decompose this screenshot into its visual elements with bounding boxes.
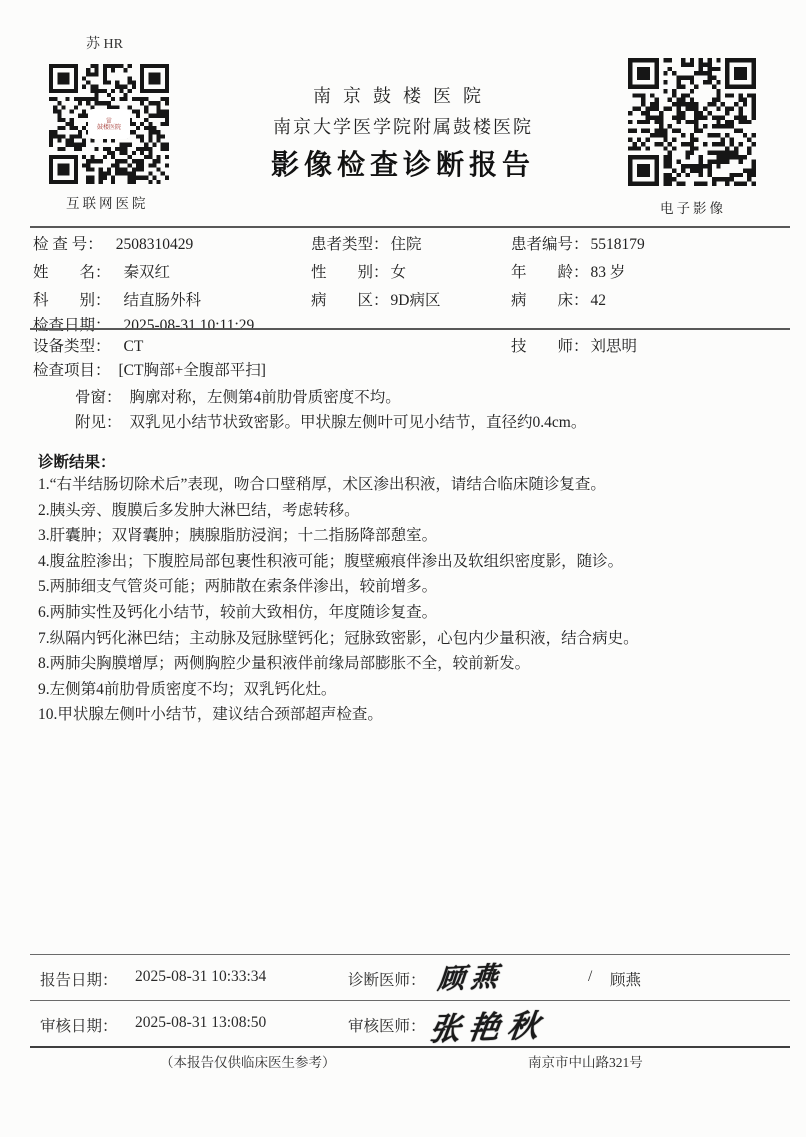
signoff-table: 报告日期： 2025-08-31 10:33:34 诊断医师： 顾燕 / 顾燕 …	[30, 954, 790, 1048]
title-block: 南京鼓楼医院 南京大学医学院附属鼓楼医院 影像检查诊断报告	[0, 82, 806, 183]
sex-label: 性 别：	[311, 264, 389, 281]
diagnosis-item: 5.两肺细支气管炎可能；两肺散在索条伴渗出，较前增多。	[38, 574, 784, 600]
bed-value: 42	[591, 292, 607, 309]
addendum-label: 附见：	[75, 414, 122, 431]
info-row-device: 设备类型：CT 技 师：刘思明	[33, 334, 793, 360]
diagnosis-item: 6.两肺实性及钙化小结节，较前大致相仿，年度随诊复查。	[38, 600, 784, 626]
review-doctor-signature: 张艳秋	[427, 1000, 550, 1049]
report-page: 苏 HR ♕ 鼓楼医院 互联网医院 电子影像 南京鼓楼医院 南京大学医学院附属鼓…	[0, 0, 806, 1137]
info-row-3: 科 别：结直肠外科 病 区：9D病区 病 床：42	[33, 288, 793, 314]
dept-value: 结直肠外科	[124, 292, 202, 309]
patient-type-label: 患者类型：	[311, 236, 389, 253]
technician-label: 技 师：	[511, 338, 589, 355]
name-label: 姓 名：	[33, 264, 111, 281]
hospital-name: 南京鼓楼医院	[0, 82, 806, 108]
exam-item-value: [CT胸部+全腹部平扫]	[119, 362, 266, 379]
device-type-label: 设备类型：	[33, 338, 111, 355]
signature-separator: /	[588, 968, 592, 986]
hospital-subtitle: 南京大学医学院附属鼓楼医院	[0, 113, 806, 139]
diagnosis-item: 7.纵隔内钙化淋巴结；主动脉及冠脉壁钙化；冠脉致密影，心包内少量积液，结合病史。	[38, 626, 784, 652]
diagnosis-heading: 诊断结果：	[38, 450, 116, 472]
review-date-value: 2025-08-31 13:08:50	[135, 1014, 266, 1032]
technician-value: 刘思明	[591, 338, 638, 355]
diagnosis-item: 2.胰头旁、腹膜后多发肿大淋巴结，考虑转移。	[38, 498, 784, 524]
exam-date-value: 2025-08-31 10:11:29	[124, 317, 255, 334]
bed-label: 病 床：	[511, 292, 589, 309]
diagnosing-doctor-label: 诊断医师：	[348, 968, 426, 990]
age-value: 83 岁	[591, 264, 626, 281]
qr-left-label: 互联网医院	[66, 192, 149, 212]
diagnosis-list: 1.“右半结肠切除术后”表现，吻合口壁稍厚，术区渗出积液，请结合临床随诊复查。 …	[38, 472, 784, 728]
review-date-label: 审核日期：	[40, 1014, 118, 1036]
report-title: 影像检查诊断报告	[0, 143, 806, 183]
exam-no-value: 2508310429	[116, 236, 194, 253]
exam-item-row: 检查项目：[CT胸部+全腹部平扫]	[33, 358, 793, 384]
diagnosis-item: 4.腹盆腔渗出；下腹腔局部包裹性积液可能；腹壁瘢痕伴渗出及软组织密度影，随诊。	[38, 549, 784, 575]
ward-value: 9D病区	[391, 292, 441, 309]
name-value: 秦双红	[124, 264, 171, 281]
sex-value: 女	[391, 264, 407, 281]
review-doctor-label: 审核医师：	[348, 1014, 426, 1036]
bone-window-label: 骨窗：	[75, 389, 122, 406]
divider-mid	[30, 328, 790, 330]
diagnosis-item: 8.两肺尖胸膜增厚；两侧胸腔少量积液伴前缘局部膨胀不全，较前新发。	[38, 651, 784, 677]
diagnosis-item: 3.肝囊肿；双肾囊肿；胰腺脂肪浸润；十二指肠降部憩室。	[38, 523, 784, 549]
report-date-label: 报告日期：	[40, 968, 118, 990]
age-label: 年 龄：	[511, 264, 589, 281]
patient-id-label: 患者编号：	[511, 236, 589, 253]
diagnosis-item: 10.甲状腺左侧叶小结节，建议结合颈部超声检查。	[38, 702, 784, 728]
addendum-row: 附见：双乳见小结节状致密影。甲状腺左侧叶可见小结节，直径约0.4cm。	[33, 410, 793, 436]
diagnosing-doctor-signature: 顾燕	[436, 954, 505, 997]
diagnosis-item: 1.“右半结肠切除术后”表现，吻合口壁稍厚，术区渗出积液，请结合临床随诊复查。	[38, 472, 784, 498]
bone-window-row: 骨窗：胸廓对称，左侧第4前肋骨质密度不均。	[33, 385, 793, 411]
footer-note: （本报告仅供临床医生参考）	[160, 1051, 336, 1071]
ward-label: 病 区：	[311, 292, 389, 309]
footer-address: 南京市中山路321号	[528, 1051, 643, 1071]
divider-top	[30, 226, 790, 228]
info-row-2: 姓 名：秦双红 性 别：女 年 龄：83 岁	[33, 260, 793, 286]
review-date-row: 审核日期： 2025-08-31 13:08:50 审核医师： 张艳秋	[30, 1000, 790, 1046]
addendum-text: 双乳见小结节状致密影。甲状腺左侧叶可见小结节，直径约0.4cm。	[130, 414, 587, 431]
qr-right-label: 电子影像	[660, 197, 726, 217]
region-label: 苏 HR	[86, 33, 123, 53]
diagnosis-item: 9.左侧第4前肋骨质密度不均；双乳钙化灶。	[38, 677, 784, 703]
info-row-1: 检 查 号：2508310429 患者类型：住院 患者编号：5518179	[33, 232, 793, 258]
bone-window-text: 胸廓对称，左侧第4前肋骨质密度不均。	[130, 389, 401, 406]
device-type-value: CT	[124, 338, 144, 355]
exam-no-label: 检 查 号：	[33, 236, 103, 253]
dept-label: 科 别：	[33, 292, 111, 309]
exam-item-label: 检查项目：	[33, 362, 111, 379]
patient-id-value: 5518179	[591, 236, 645, 253]
report-date-row: 报告日期： 2025-08-31 10:33:34 诊断医师： 顾燕 / 顾燕	[30, 955, 790, 1000]
patient-type-value: 住院	[391, 236, 422, 253]
exam-date-label: 检查日期：	[33, 317, 111, 334]
diagnosing-doctor-name: 顾燕	[610, 968, 641, 990]
report-date-value: 2025-08-31 10:33:34	[135, 968, 266, 986]
